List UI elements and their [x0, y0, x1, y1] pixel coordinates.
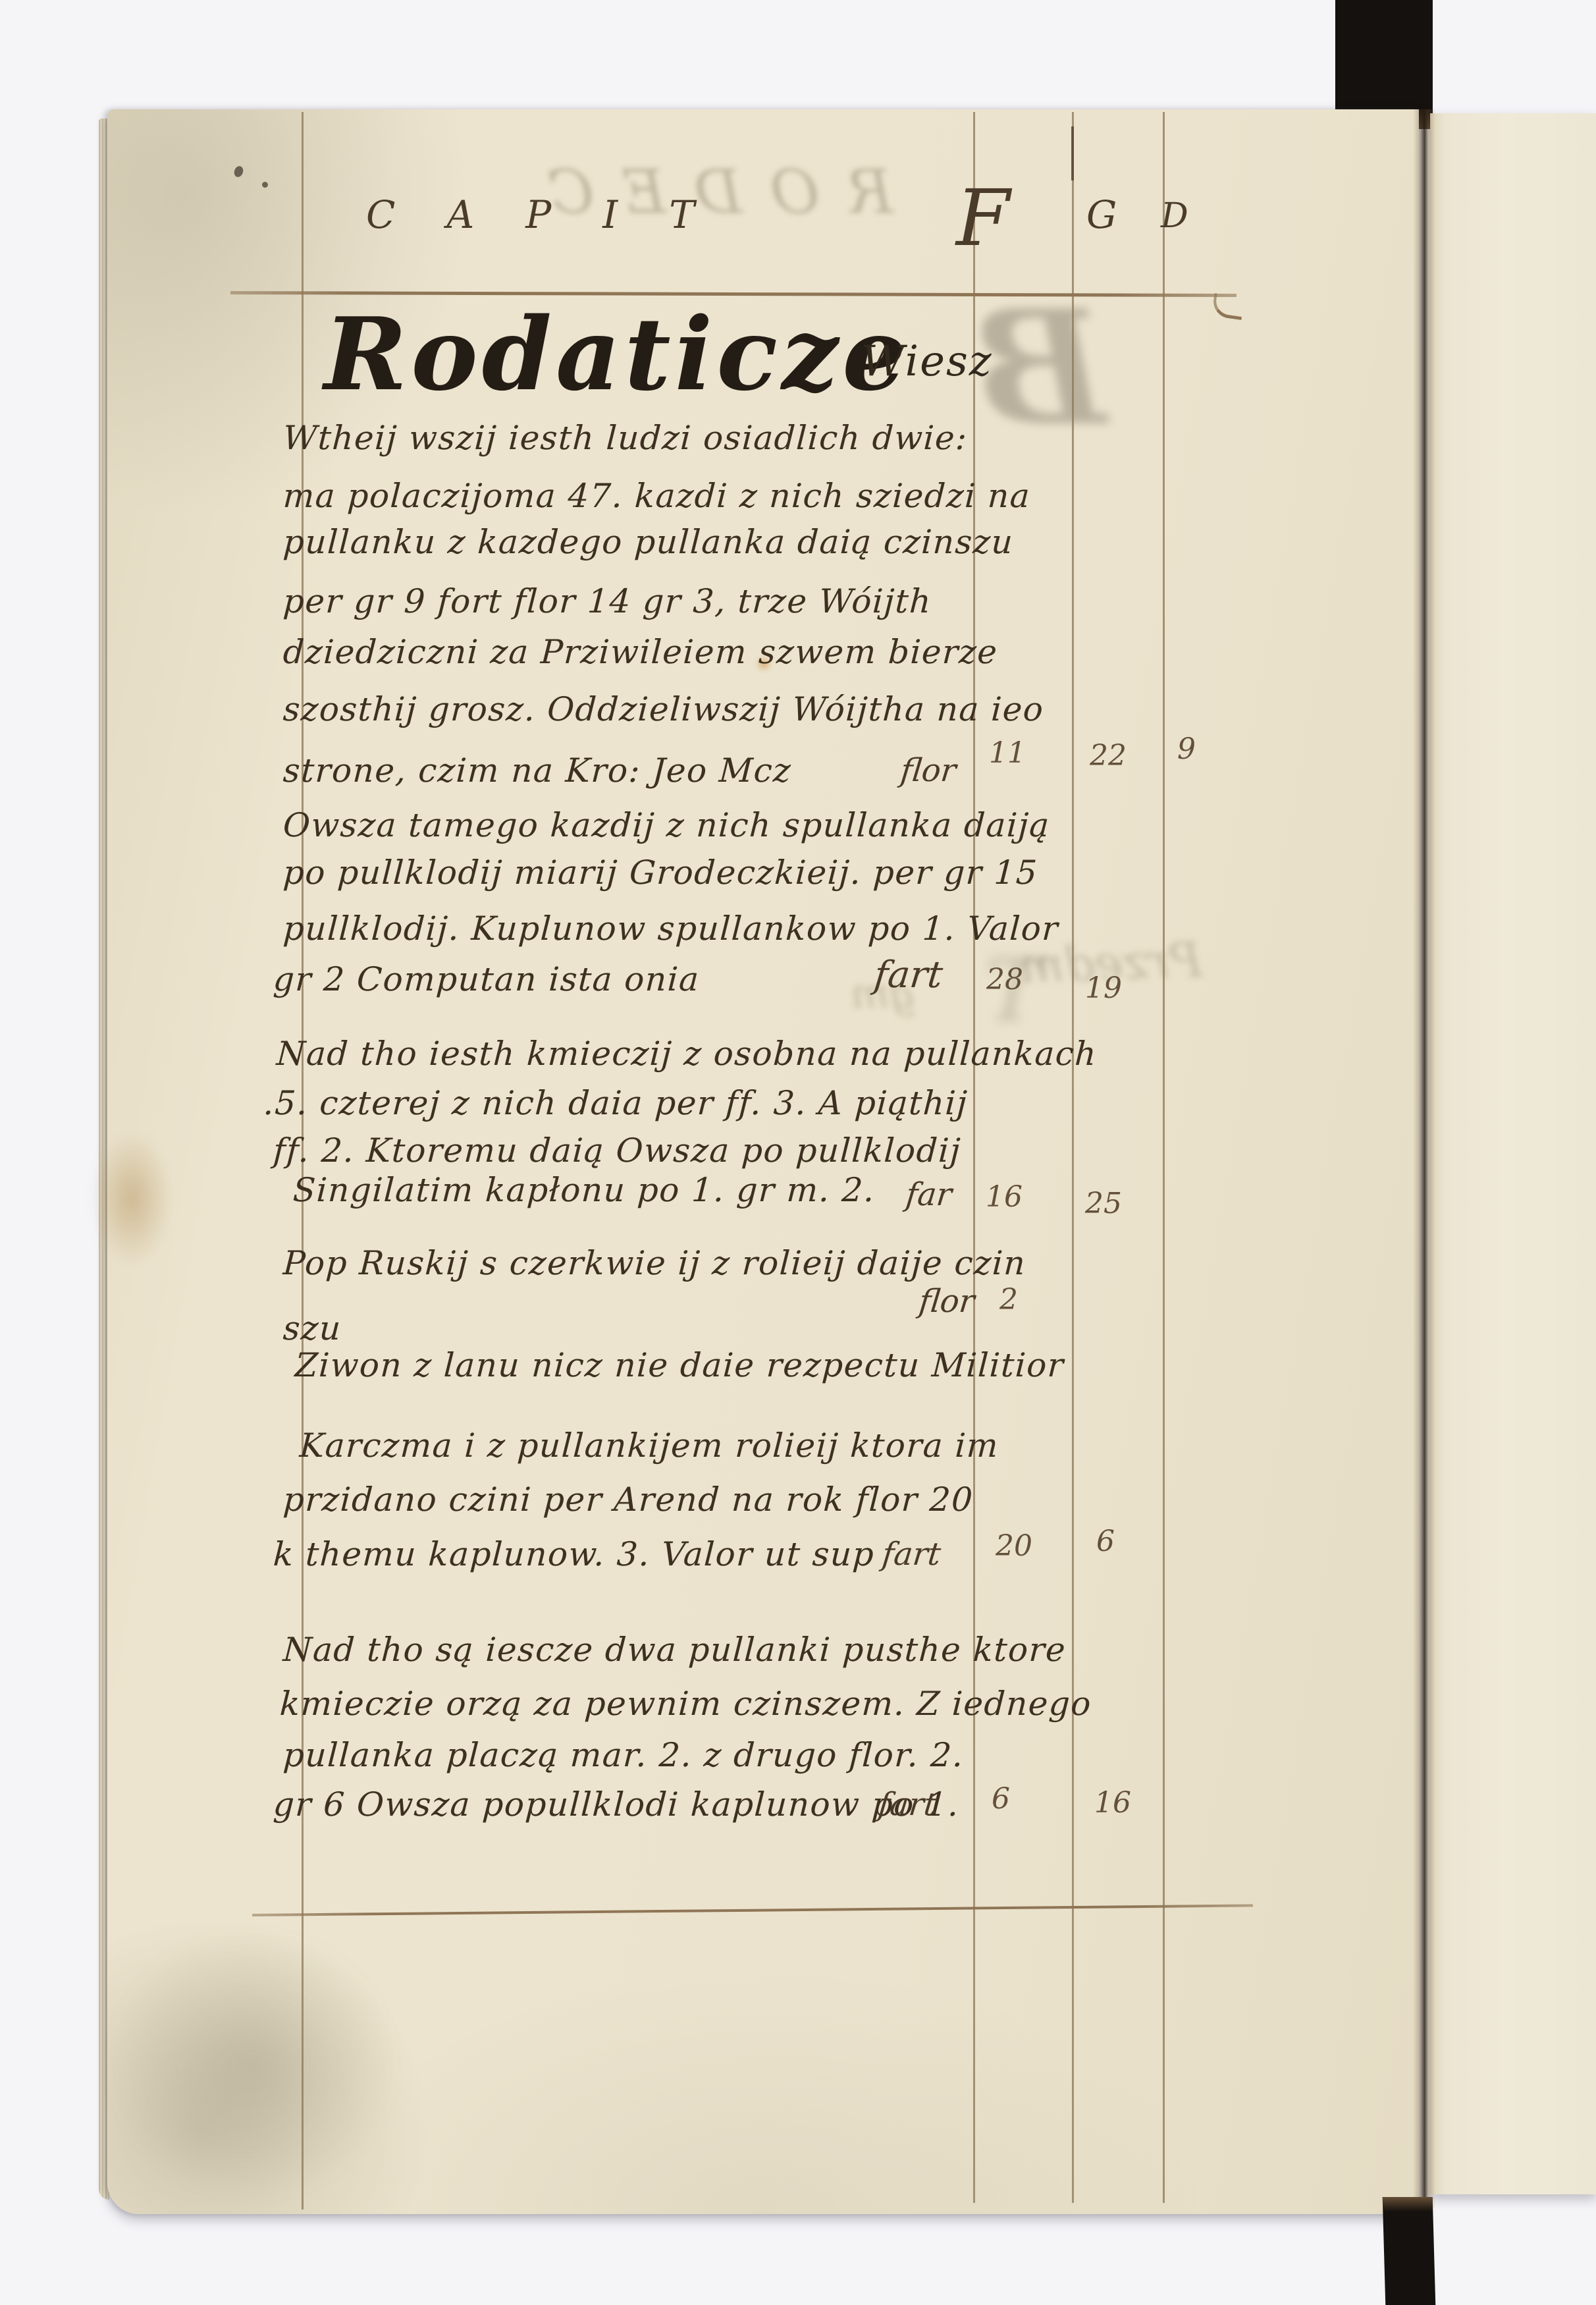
value-g: 19: [1085, 971, 1122, 1005]
manuscript-scan: RODEC B T Przedm gm CAPIT F G D Rodaticz…: [0, 0, 1596, 2305]
book-gutter-fold: [1413, 109, 1435, 2208]
currency-label: flor: [899, 752, 958, 789]
column-header-g: G: [1086, 192, 1117, 237]
text-line: k themu kaplunow. 3. Valor ut sup: [273, 1538, 876, 1571]
value-f: 6: [992, 1782, 1010, 1816]
text-line: po pullklodij miarij Grodeczkieij. per g…: [282, 856, 1039, 889]
text-line: Pop Ruskij s czerkwie ij z rolieij daije…: [282, 1247, 1027, 1280]
column-d-rule-line: [1163, 112, 1165, 2203]
currency-label: fart: [872, 954, 945, 996]
text-line: Karczma i z pullankijem rolieij ktora im: [299, 1429, 1000, 1462]
column-header-f: F: [956, 173, 1010, 263]
value-f: 28: [986, 963, 1023, 996]
value-f: 16: [986, 1180, 1023, 1214]
text-line: szosthij grosz. Oddzieliwszij Wóijtha na…: [282, 693, 1045, 726]
value-d: 9: [1177, 732, 1196, 766]
entry-title: Rodaticze: [324, 295, 910, 413]
bookmark-ribbon-bottom: [1383, 2197, 1436, 2305]
text-line: strone, czim na Kro: Jeo Mcz: [282, 754, 793, 787]
currency-label: fart: [876, 1786, 939, 1823]
facing-page-edge: [1430, 113, 1596, 2194]
text-line: .5. czterej z nich daia per ff. 3. A pią…: [263, 1087, 969, 1120]
text-line: pullanku z kazdego pullanka daią czinszu: [282, 526, 1015, 558]
text-line: per gr 9 fort flor 14 gr 3, trze Wóijth: [282, 585, 933, 618]
text-line: Nad tho iesth kmieczij z osobna na pulla…: [276, 1037, 1098, 1070]
text-line: ma polaczijoma 47. kazdi z nich sziedzi …: [282, 479, 1032, 512]
currency-label: fart: [880, 1536, 943, 1573]
currency-label: flor: [917, 1283, 976, 1320]
value-f: 11: [989, 736, 1026, 770]
entry-title-suffix: Wiesz: [861, 337, 993, 386]
value-g: 22: [1090, 739, 1127, 773]
text-line: Ziwon z lanu nicz nie daie rezpectu Mili…: [294, 1349, 1065, 1382]
text-line: gr 2 Computan ista onia: [273, 963, 701, 996]
column-f-rule-line: [973, 112, 975, 2203]
header-capit: CAPIT: [366, 192, 746, 237]
text-line: Wtheij wszij iesth ludzi osiadlich dwie:: [282, 421, 969, 454]
text-line: Singilatim kapłonu po 1. gr m. 2.: [292, 1174, 876, 1207]
column-header-d: D: [1161, 196, 1188, 236]
value-f: 20: [996, 1529, 1032, 1563]
text-line: dziedziczni za Prziwileiem szwem bierze: [282, 636, 999, 668]
text-line: pullklodij. Kuplunow spullankow po 1. Va…: [282, 912, 1060, 945]
text-line: pullanka placzą mar. 2. z drugo flor. 2.: [282, 1739, 965, 1772]
text-line: kmieczie orzą za pewnim czinszem. Z iedn…: [279, 1687, 1093, 1720]
text-line: Nad tho są iescze dwa pullanki pusthe kt…: [282, 1633, 1067, 1666]
value-g: 6: [1096, 1525, 1115, 1558]
ink-speck: [262, 182, 268, 188]
text-line: ff. 2. Ktoremu daią Owsza po pullklodij: [273, 1134, 962, 1167]
currency-label: far: [904, 1176, 953, 1213]
rule-ink-mark: [1071, 126, 1074, 180]
value-f: 2: [999, 1283, 1018, 1316]
text-line: szu: [282, 1312, 342, 1345]
value-g: 16: [1094, 1786, 1131, 1820]
column-g-rule-line: [1072, 112, 1074, 2203]
text-line: gr 6 Owsza popullklodi kaplunow po 1.: [273, 1788, 961, 1821]
text-line: Owsza tamego kazdij z nich spullanka dai…: [282, 809, 1051, 842]
value-g: 25: [1085, 1187, 1122, 1220]
text-line: przidano czini per Arend na rok flor 20: [282, 1483, 974, 1516]
